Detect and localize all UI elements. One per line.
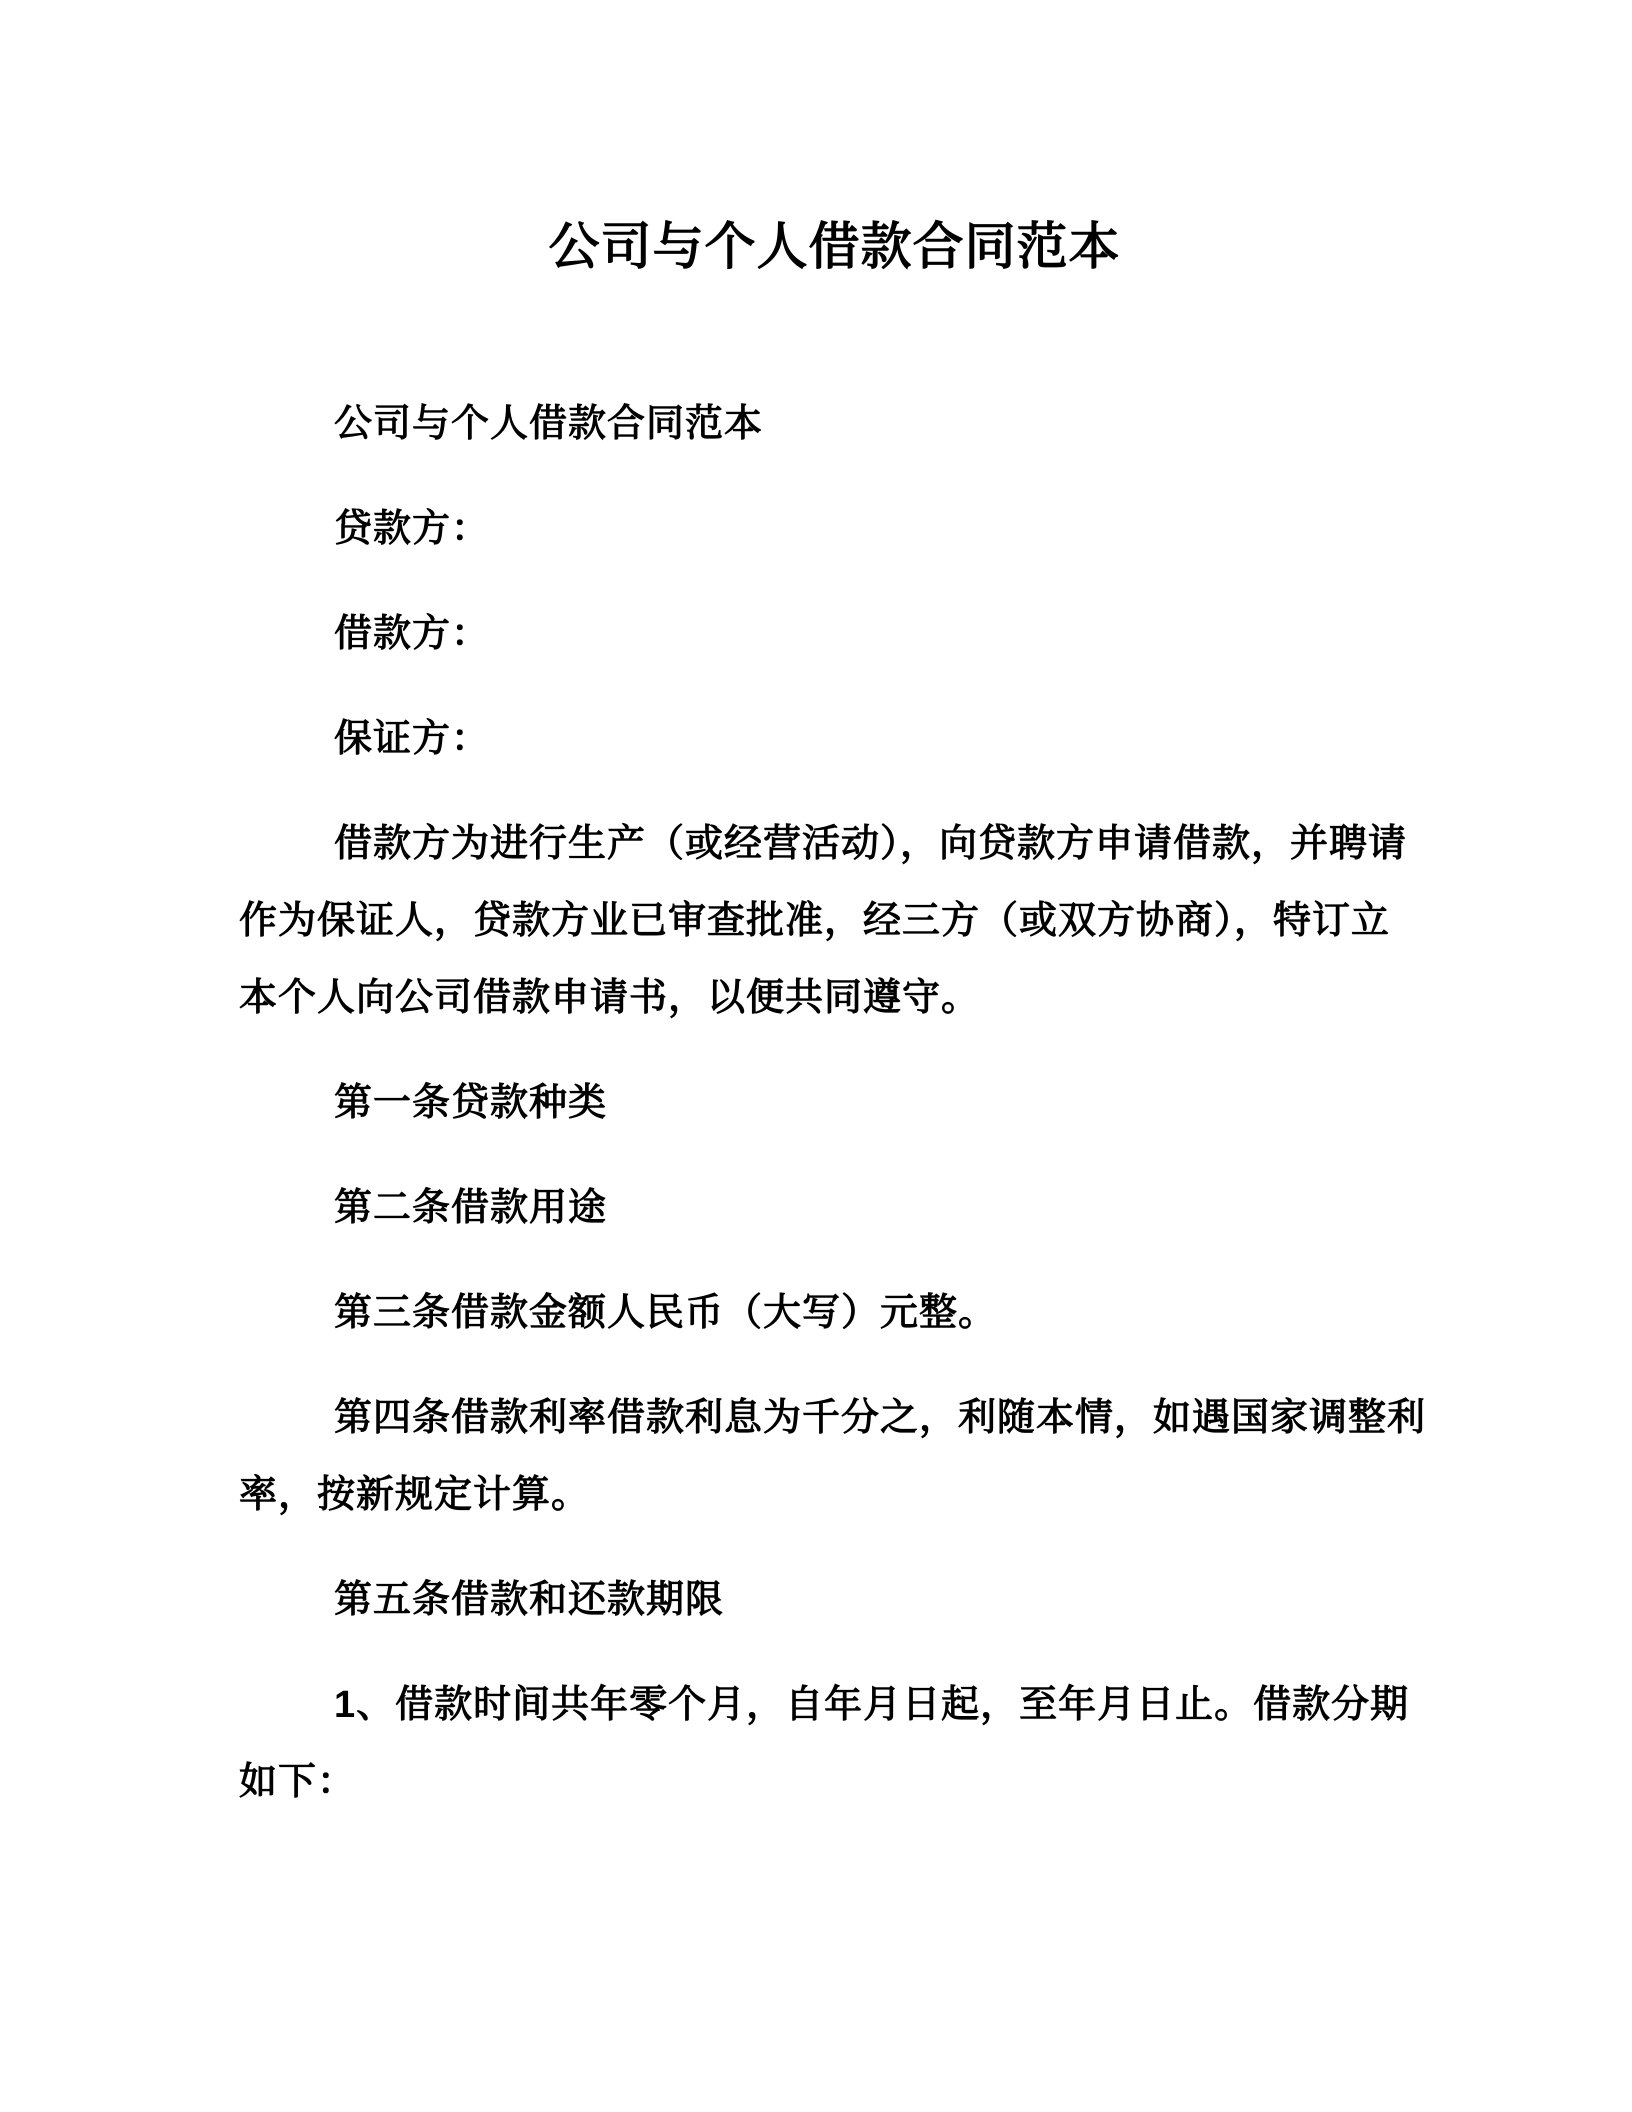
paragraph-line: 作为保证人，贷款方业已审查批准，经三方（或双方协商），特订立 <box>239 883 1430 960</box>
paragraph-borrower: 借款方： <box>239 596 1430 673</box>
paragraph-line: 第二条借款用途 <box>239 1170 1430 1247</box>
paragraph-line: 借款方为进行生产（或经营活动），向贷款方申请借款，并聘请 <box>239 806 1430 883</box>
paragraph-line: 公司与个人借款合同范本 <box>239 386 1430 463</box>
paragraph-article-1: 第一条贷款种类 <box>239 1065 1430 1142</box>
paragraph-guarantor: 保证方： <box>239 701 1430 778</box>
paragraph-line: 贷款方： <box>239 491 1430 568</box>
paragraph-item-1: 1、借款时间共年零个月，自年月日起，至年月日止。借款分期 如下： <box>239 1667 1430 1821</box>
document-page: 公司与个人借款合同范本 公司与个人借款合同范本 贷款方： 借款方： 保证方： 借… <box>0 0 1632 2112</box>
paragraph-line: 如下： <box>239 1744 1430 1821</box>
paragraph-line: 第一条贷款种类 <box>239 1065 1430 1142</box>
paragraph-line: 第三条借款金额人民币（大写）元整。 <box>239 1275 1430 1352</box>
document-title: 公司与个人借款合同范本 <box>239 207 1430 287</box>
paragraph-preamble: 借款方为进行生产（或经营活动），向贷款方申请借款，并聘请 作为保证人，贷款方业已… <box>239 806 1430 1037</box>
paragraph-article-5: 第五条借款和还款期限 <box>239 1562 1430 1639</box>
paragraph-lender: 贷款方： <box>239 491 1430 568</box>
paragraph-line: 保证方： <box>239 701 1430 778</box>
paragraph-line: 第五条借款和还款期限 <box>239 1562 1430 1639</box>
document-content: 公司与个人借款合同范本 公司与个人借款合同范本 贷款方： 借款方： 保证方： 借… <box>0 207 1430 1821</box>
paragraph-article-3: 第三条借款金额人民币（大写）元整。 <box>239 1275 1430 1352</box>
paragraph-article-4: 第四条借款利率借款利息为千分之，利随本情，如遇国家调整利 率，按新规定计算。 <box>239 1380 1430 1534</box>
paragraph-subtitle: 公司与个人借款合同范本 <box>239 386 1430 463</box>
paragraph-article-2: 第二条借款用途 <box>239 1170 1430 1247</box>
paragraph-line: 本个人向公司借款申请书，以便共同遵守。 <box>239 960 1430 1037</box>
paragraph-line: 借款方： <box>239 596 1430 673</box>
paragraph-line: 率，按新规定计算。 <box>239 1457 1430 1534</box>
paragraph-line: 第四条借款利率借款利息为千分之，利随本情，如遇国家调整利 <box>239 1380 1430 1457</box>
paragraph-line: 1、借款时间共年零个月，自年月日起，至年月日止。借款分期 <box>239 1667 1430 1744</box>
